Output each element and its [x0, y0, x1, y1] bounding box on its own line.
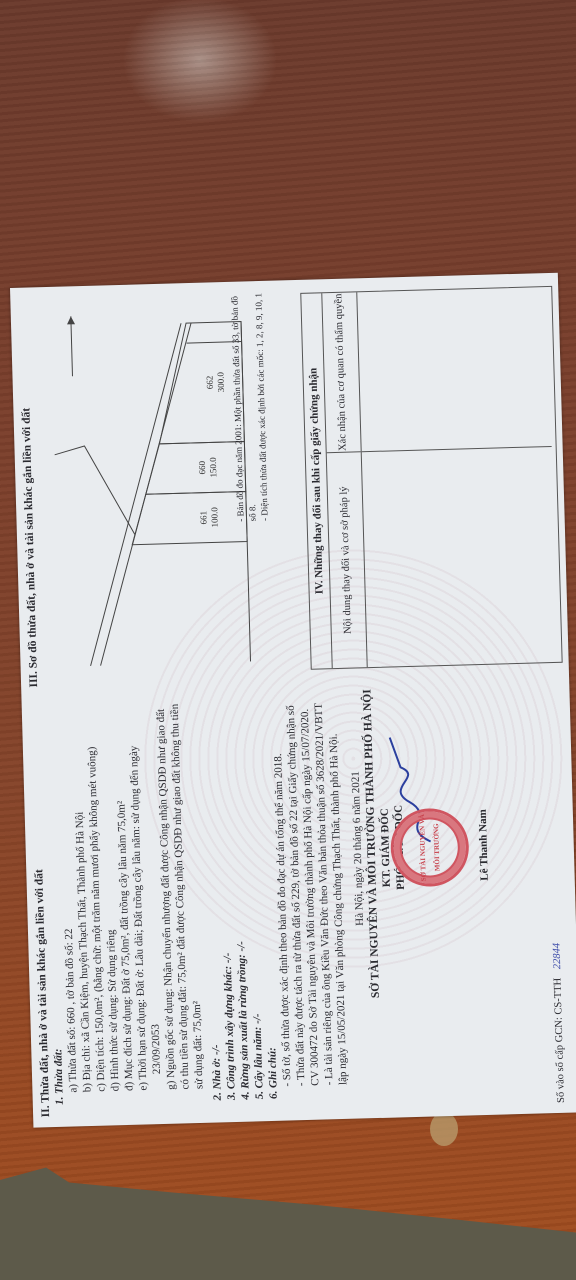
svg-text:661: 661 — [198, 511, 208, 525]
north-arrow-icon — [71, 316, 73, 376]
svg-text:150.0: 150.0 — [208, 457, 219, 478]
registry-label: Số vào sổ cấp GCN: CS-TTH — [552, 978, 566, 1103]
land-certificate-page: II. Thửa đất, nhà ở và tài sản khác gắn … — [10, 273, 576, 1128]
section-2-parcel-info: II. Thửa đất, nhà ở và tài sản khác gắn … — [28, 699, 351, 1118]
registry-handwritten-number: 22844 — [552, 943, 564, 970]
signer-name: Lê Thanh Nam — [473, 695, 495, 995]
col-change-content: Nội dung thay đổi và cơ sở pháp lý — [327, 451, 367, 668]
table-stain — [430, 1112, 458, 1146]
rotated-content: II. Thửa đất, nhà ở và tài sản khác gắn … — [10, 273, 576, 1128]
section-4-changes-table: IV. Những thay đổi sau khi cấp giấy chứn… — [300, 286, 562, 670]
section-3-heading: III. Sơ đồ thửa đất, nhà ở và tài sản kh… — [16, 297, 41, 687]
svg-text:660: 660 — [197, 460, 207, 474]
floor-background — [0, 1155, 576, 1280]
svg-text:100.0: 100.0 — [209, 507, 220, 528]
change-content-cell — [362, 446, 558, 667]
diagram-notes: - Bản đồ đo đạc năm 2001: Một phần thửa … — [228, 291, 270, 522]
col-authority-confirmation: Xác nhận của cơ quan có thẩm quyền — [322, 292, 360, 452]
svg-text:300.0: 300.0 — [215, 371, 226, 392]
section-3-diagram: III. Sơ đồ thửa đất, nhà ở và tài sản kh… — [16, 297, 41, 687]
svg-text:662: 662 — [205, 376, 215, 390]
registry-number: Số vào sổ cấp GCN: CS-TTH 22844 — [551, 943, 569, 1103]
